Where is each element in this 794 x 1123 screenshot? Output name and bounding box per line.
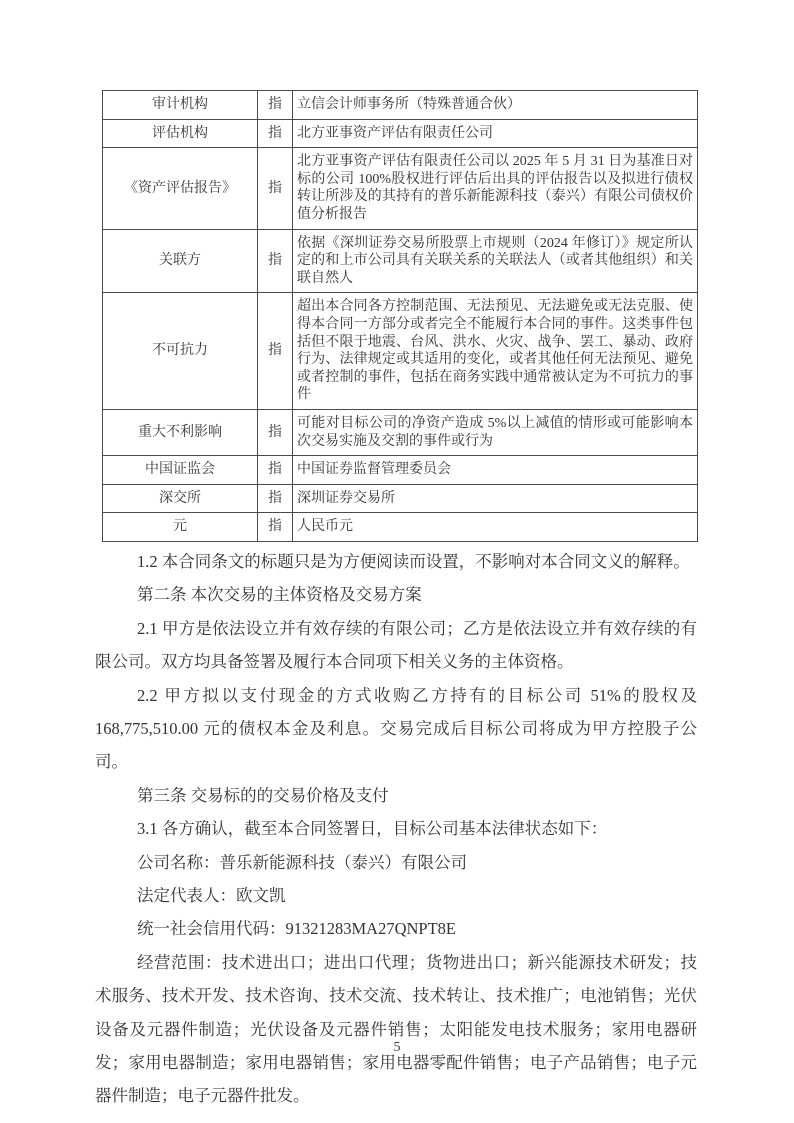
contract-body: 1.2 本合同条文的标题只是为方便阅读而设置，不影响对本合同文义的解释。 第二条… (95, 545, 697, 1113)
zhi-cell: 指 (258, 456, 293, 485)
zhi-cell: 指 (258, 91, 293, 120)
term-cell: 深交所 (103, 484, 258, 513)
definition-cell: 依据《深圳证券交易所股票上市规则（2024 年修订）》规定所认定的和上市公司具有… (293, 229, 698, 293)
zhi-cell: 指 (258, 484, 293, 513)
definitions-table: 审计机构 指 立信会计师事务所（特殊普通合伙） 评估机构 指 北方亚事资产评估有… (102, 90, 698, 542)
definitions-table-body: 审计机构 指 立信会计师事务所（特殊普通合伙） 评估机构 指 北方亚事资产评估有… (103, 91, 698, 542)
page-number: 5 (0, 1040, 794, 1056)
term-cell: 元 (103, 513, 258, 542)
definition-cell: 中国证券监督管理委员会 (293, 456, 698, 485)
definition-cell: 超出本合同各方控制范围、无法预见、无法避免或无法克服、使得本合同一方部分或者完全… (293, 293, 698, 410)
paragraph: 统一社会信用代码：91321283MA27QNPT8E (95, 912, 697, 945)
table-row: 重大不利影响 指 可能对目标公司的净资产造成 5%以上减值的情形或可能影响本次交… (103, 409, 698, 455)
zhi-cell: 指 (258, 119, 293, 148)
page-content: 审计机构 指 立信会计师事务所（特殊普通合伙） 评估机构 指 北方亚事资产评估有… (95, 90, 697, 1113)
term-cell: 不可抗力 (103, 293, 258, 410)
document-page: 审计机构 指 立信会计师事务所（特殊普通合伙） 评估机构 指 北方亚事资产评估有… (0, 0, 794, 1123)
paragraph: 2.1 甲方是依法设立并有效存续的有限公司；乙方是依法设立并有效存续的有限公司。… (95, 612, 697, 679)
term-cell: 重大不利影响 (103, 409, 258, 455)
table-row: 审计机构 指 立信会计师事务所（特殊普通合伙） (103, 91, 698, 120)
paragraph: 法定代表人：欧文凯 (95, 879, 697, 912)
zhi-cell: 指 (258, 293, 293, 410)
paragraph: 第二条 本次交易的主体资格及交易方案 (95, 578, 697, 611)
table-row: 中国证监会 指 中国证券监督管理委员会 (103, 456, 698, 485)
term-cell: 审计机构 (103, 91, 258, 120)
term-cell: 中国证监会 (103, 456, 258, 485)
paragraph: 第三条 交易标的的交易价格及支付 (95, 779, 697, 812)
definition-cell: 北方亚事资产评估有限责任公司以 2025 年 5 月 31 日为基准日对标的公司… (293, 148, 698, 229)
table-row: 评估机构 指 北方亚事资产评估有限责任公司 (103, 119, 698, 148)
table-row: 元 指 人民币元 (103, 513, 698, 542)
definition-cell: 可能对目标公司的净资产造成 5%以上减值的情形或可能影响本次交易实施及交割的事件… (293, 409, 698, 455)
table-row: 不可抗力 指 超出本合同各方控制范围、无法预见、无法避免或无法克服、使得本合同一… (103, 293, 698, 410)
table-row: 关联方 指 依据《深圳证券交易所股票上市规则（2024 年修订）》规定所认定的和… (103, 229, 698, 293)
zhi-cell: 指 (258, 229, 293, 293)
zhi-cell: 指 (258, 148, 293, 229)
zhi-cell: 指 (258, 409, 293, 455)
table-row: 深交所 指 深圳证券交易所 (103, 484, 698, 513)
definition-cell: 深圳证券交易所 (293, 484, 698, 513)
paragraph: 3.1 各方确认，截至本合同签署日，目标公司基本法律状态如下： (95, 812, 697, 845)
term-cell: 评估机构 (103, 119, 258, 148)
definition-cell: 立信会计师事务所（特殊普通合伙） (293, 91, 698, 120)
paragraph: 1.2 本合同条文的标题只是为方便阅读而设置，不影响对本合同文义的解释。 (95, 545, 697, 578)
paragraph: 公司名称：普乐新能源科技（泰兴）有限公司 (95, 846, 697, 879)
paragraph: 经营范围：技术进出口；进出口代理；货物进出口；新兴能源技术研发；技术服务、技术开… (95, 946, 697, 1113)
paragraph: 2.2 甲方拟以支付现金的方式收购乙方持有的目标公司 51%的股权及 168,7… (95, 679, 697, 779)
zhi-cell: 指 (258, 513, 293, 542)
term-cell: 关联方 (103, 229, 258, 293)
table-row: 《资产评估报告》 指 北方亚事资产评估有限责任公司以 2025 年 5 月 31… (103, 148, 698, 229)
definition-cell: 人民币元 (293, 513, 698, 542)
term-cell: 《资产评估报告》 (103, 148, 258, 229)
definition-cell: 北方亚事资产评估有限责任公司 (293, 119, 698, 148)
